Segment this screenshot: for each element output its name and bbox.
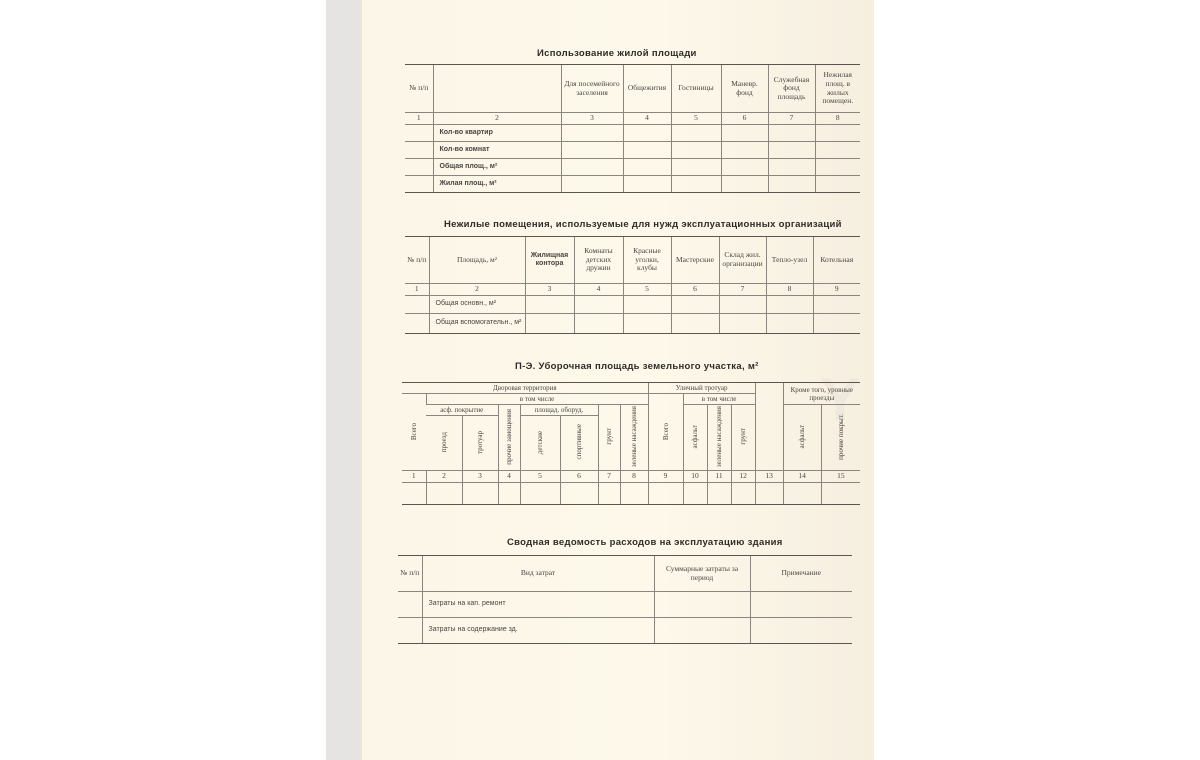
entry-cell[interactable] xyxy=(671,176,721,193)
header-cell: Вид затрат xyxy=(422,556,654,592)
entry-cell[interactable] xyxy=(623,314,671,334)
page-fold xyxy=(360,0,362,760)
col-num: 4 xyxy=(623,113,671,125)
row-label: Затраты на содержание зд. xyxy=(422,618,654,644)
nonresidential-table: № п/п Площадь, м² Жилищная контора Комна… xyxy=(405,236,860,334)
entry-cell[interactable] xyxy=(561,125,623,142)
col-num: 7 xyxy=(719,284,766,296)
entry-cell[interactable] xyxy=(574,296,623,314)
header-cell: Примечание xyxy=(750,556,852,592)
col-num: 5 xyxy=(520,471,560,483)
entry-cell[interactable] xyxy=(683,483,707,505)
row-label: Общая основн., м² xyxy=(429,296,525,314)
entry-cell[interactable] xyxy=(525,314,574,334)
entry-cell[interactable] xyxy=(654,592,750,618)
group-including: в том числе xyxy=(426,394,648,405)
col-num: 10 xyxy=(683,471,707,483)
section-title-living-space: Использование жилой площади xyxy=(537,48,697,59)
header-cell: проезд xyxy=(426,416,462,471)
col-num: 3 xyxy=(525,284,574,296)
entry-cell[interactable] xyxy=(721,159,768,176)
table-row: Затраты на содержание зд. xyxy=(398,618,852,644)
entry-cell[interactable] xyxy=(426,483,462,505)
row-label: Жилая площ., м² xyxy=(433,176,561,193)
entry-cell[interactable] xyxy=(648,483,683,505)
header-cell: Всего xyxy=(402,394,426,471)
col-num: 4 xyxy=(498,471,520,483)
header-cell: № п/п xyxy=(405,237,429,284)
entry-cell[interactable] xyxy=(561,159,623,176)
entry-cell[interactable] xyxy=(623,296,671,314)
entry-cell[interactable] xyxy=(815,142,860,159)
header-cell: Общежития xyxy=(623,65,671,113)
header-cell: грунт xyxy=(731,405,755,471)
entry-cell[interactable] xyxy=(721,125,768,142)
col-num: 8 xyxy=(620,471,648,483)
col-num: 6 xyxy=(721,113,768,125)
entry-cell[interactable] xyxy=(498,483,520,505)
column-number-row: 1 2 3 4 5 6 7 8 9 10 11 12 13 14 15 xyxy=(402,471,860,483)
entry-cell[interactable] xyxy=(821,483,860,505)
entry-cell[interactable] xyxy=(560,483,598,505)
header-cell: спортивные xyxy=(560,416,598,471)
row-label: Кол-во комнат xyxy=(433,142,561,159)
entry-cell[interactable] xyxy=(623,176,671,193)
entry-cell[interactable] xyxy=(768,176,815,193)
col-num: 2 xyxy=(429,284,525,296)
col-num: 5 xyxy=(671,113,721,125)
entry-cell[interactable] xyxy=(623,125,671,142)
header-cell: Красные уголки, клубы xyxy=(623,237,671,284)
section-title-nonresidential: Нежилые помещения, используемые для нужд… xyxy=(444,219,842,230)
col-num: 1 xyxy=(402,471,426,483)
entry-cell[interactable] xyxy=(731,483,755,505)
entry-cell[interactable] xyxy=(815,176,860,193)
section-title-cleaning-area: П-Э. Уборочная площадь земельного участк… xyxy=(515,361,759,372)
header-cell: № п/п xyxy=(398,556,422,592)
header-cell: Гостиницы xyxy=(671,65,721,113)
header-cell: Площадь, м² xyxy=(429,237,525,284)
expenses-table: № п/п Вид затрат Суммарные затраты за пе… xyxy=(398,555,852,644)
entry-cell[interactable] xyxy=(525,296,574,314)
col-num: 1 xyxy=(405,284,429,296)
col-num: 2 xyxy=(433,113,561,125)
entry-cell[interactable] xyxy=(815,159,860,176)
column-number-row: 1 2 3 4 5 6 7 8 9 xyxy=(405,284,860,296)
header-cell: прочие покрыт. xyxy=(821,405,860,471)
entry-cell[interactable] xyxy=(707,483,731,505)
header-cell: Для посемейного заселения xyxy=(561,65,623,113)
entry-cell[interactable] xyxy=(813,296,860,314)
row-label: Общая площ., м² xyxy=(433,159,561,176)
header-row: № п/п Для посемейного заселения Общежити… xyxy=(405,65,860,113)
row-label: Затраты на кап. ремонт xyxy=(422,592,654,618)
entry-cell[interactable] xyxy=(721,176,768,193)
header-cell: асфальт xyxy=(783,405,821,471)
header-row: асф. покрытие прочие замощения площад. о… xyxy=(402,405,860,416)
entry-cell[interactable] xyxy=(719,314,766,334)
col-num: 3 xyxy=(462,471,498,483)
entry-cell[interactable] xyxy=(768,125,815,142)
header-cell: прочие замощения xyxy=(498,405,520,471)
header-cell: Всего xyxy=(648,394,683,471)
col-num: 1 xyxy=(405,113,433,125)
col-num: 6 xyxy=(560,471,598,483)
entry-cell[interactable] xyxy=(398,618,422,644)
col-num: 11 xyxy=(707,471,731,483)
header-row: № п/п Вид затрат Суммарные затраты за пе… xyxy=(398,556,852,592)
col-num: 9 xyxy=(813,284,860,296)
entry-cell[interactable] xyxy=(405,314,429,334)
col-num: 3 xyxy=(561,113,623,125)
header-cell: асфальт xyxy=(683,405,707,471)
living-space-table: № п/п Для посемейного заселения Общежити… xyxy=(405,64,860,193)
col-num: 2 xyxy=(426,471,462,483)
table-row: Кол-во комнат xyxy=(405,142,860,159)
header-cell xyxy=(755,383,783,471)
header-cell: № п/п xyxy=(405,65,433,113)
entry-cell[interactable] xyxy=(750,592,852,618)
header-cell: зеленые насаждения xyxy=(620,405,648,471)
header-cell: тротуар xyxy=(462,416,498,471)
entry-cell[interactable] xyxy=(671,314,719,334)
entry-cell[interactable] xyxy=(766,314,813,334)
table-row: Кол-во квартир xyxy=(405,125,860,142)
table-row: Общая вспомогательн., м² xyxy=(405,314,860,334)
col-num: 7 xyxy=(598,471,620,483)
entry-cell[interactable] xyxy=(561,142,623,159)
entry-cell[interactable] xyxy=(755,483,783,505)
entry-cell[interactable] xyxy=(620,483,648,505)
table-row xyxy=(402,483,860,505)
col-num: 4 xyxy=(574,284,623,296)
group-asphalt: асф. покрытие xyxy=(426,405,498,416)
header-cell: детские xyxy=(520,416,560,471)
row-label: Общая вспомогательн., м² xyxy=(429,314,525,334)
entry-cell[interactable] xyxy=(768,142,815,159)
section-title-expenses: Сводная ведомость расходов на эксплуатац… xyxy=(507,537,783,548)
column-number-row: 1 2 3 4 5 6 7 8 xyxy=(405,113,860,125)
entry-cell[interactable] xyxy=(815,125,860,142)
header-cell: зеленые насаждения xyxy=(707,405,731,471)
entry-cell[interactable] xyxy=(766,296,813,314)
header-row: Дворовая территория Уличный тротуар Кром… xyxy=(402,383,860,394)
col-num: 5 xyxy=(623,284,671,296)
group-street-including: в том числе xyxy=(683,394,755,405)
header-cell: Тепло-узел xyxy=(766,237,813,284)
entry-cell[interactable] xyxy=(405,159,433,176)
header-cell: Комнаты детских дружин xyxy=(574,237,623,284)
entry-cell[interactable] xyxy=(402,483,426,505)
header-cell: Склад жил. организации xyxy=(719,237,766,284)
entry-cell[interactable] xyxy=(671,296,719,314)
col-num: 8 xyxy=(766,284,813,296)
header-cell xyxy=(433,65,561,113)
col-num: 7 xyxy=(768,113,815,125)
table-row: Общая площ., м² xyxy=(405,159,860,176)
entry-cell[interactable] xyxy=(405,142,433,159)
group-street: Уличный тротуар xyxy=(648,383,755,394)
entry-cell[interactable] xyxy=(623,142,671,159)
cleaning-area-table: Дворовая территория Уличный тротуар Кром… xyxy=(402,382,860,505)
entry-cell[interactable] xyxy=(719,296,766,314)
entry-cell[interactable] xyxy=(671,125,721,142)
entry-cell[interactable] xyxy=(671,159,721,176)
entry-cell[interactable] xyxy=(574,314,623,334)
col-num: 9 xyxy=(648,471,683,483)
table-row: Затраты на кап. ремонт xyxy=(398,592,852,618)
entry-cell[interactable] xyxy=(561,176,623,193)
header-cell: Котельная xyxy=(813,237,860,284)
group-besides: Кроме того, уровные проезды xyxy=(783,383,860,405)
group-equipment: площад. оборуд. xyxy=(520,405,598,416)
header-row: № п/п Площадь, м² Жилищная контора Комна… xyxy=(405,237,860,284)
entry-cell[interactable] xyxy=(520,483,560,505)
entry-cell[interactable] xyxy=(654,618,750,644)
col-num: 6 xyxy=(671,284,719,296)
col-num: 15 xyxy=(821,471,860,483)
entry-cell[interactable] xyxy=(598,483,620,505)
group-yard: Дворовая территория xyxy=(402,383,648,394)
table-row: Жилая площ., м² xyxy=(405,176,860,193)
col-num: 14 xyxy=(783,471,821,483)
header-cell: Маневр. фонд xyxy=(721,65,768,113)
header-cell: Нежилая площ. в жилых помещен. xyxy=(815,65,860,113)
header-cell: Суммарные затраты за период xyxy=(654,556,750,592)
header-cell: Служебная фонд площадь xyxy=(768,65,815,113)
entry-cell[interactable] xyxy=(405,125,433,142)
header-cell: Мастерские xyxy=(671,237,719,284)
entry-cell[interactable] xyxy=(671,142,721,159)
entry-cell[interactable] xyxy=(768,159,815,176)
entry-cell[interactable] xyxy=(721,142,768,159)
entry-cell[interactable] xyxy=(405,176,433,193)
col-num: 8 xyxy=(815,113,860,125)
entry-cell[interactable] xyxy=(623,159,671,176)
table-row: Общая основн., м² xyxy=(405,296,860,314)
entry-cell[interactable] xyxy=(750,618,852,644)
entry-cell[interactable] xyxy=(783,483,821,505)
header-cell: грунт xyxy=(598,405,620,471)
header-cell: Жилищная контора xyxy=(525,237,574,284)
entry-cell[interactable] xyxy=(813,314,860,334)
col-num: 12 xyxy=(731,471,755,483)
entry-cell[interactable] xyxy=(405,296,429,314)
entry-cell[interactable] xyxy=(462,483,498,505)
row-label: Кол-во квартир xyxy=(433,125,561,142)
entry-cell[interactable] xyxy=(398,592,422,618)
col-num: 13 xyxy=(755,471,783,483)
